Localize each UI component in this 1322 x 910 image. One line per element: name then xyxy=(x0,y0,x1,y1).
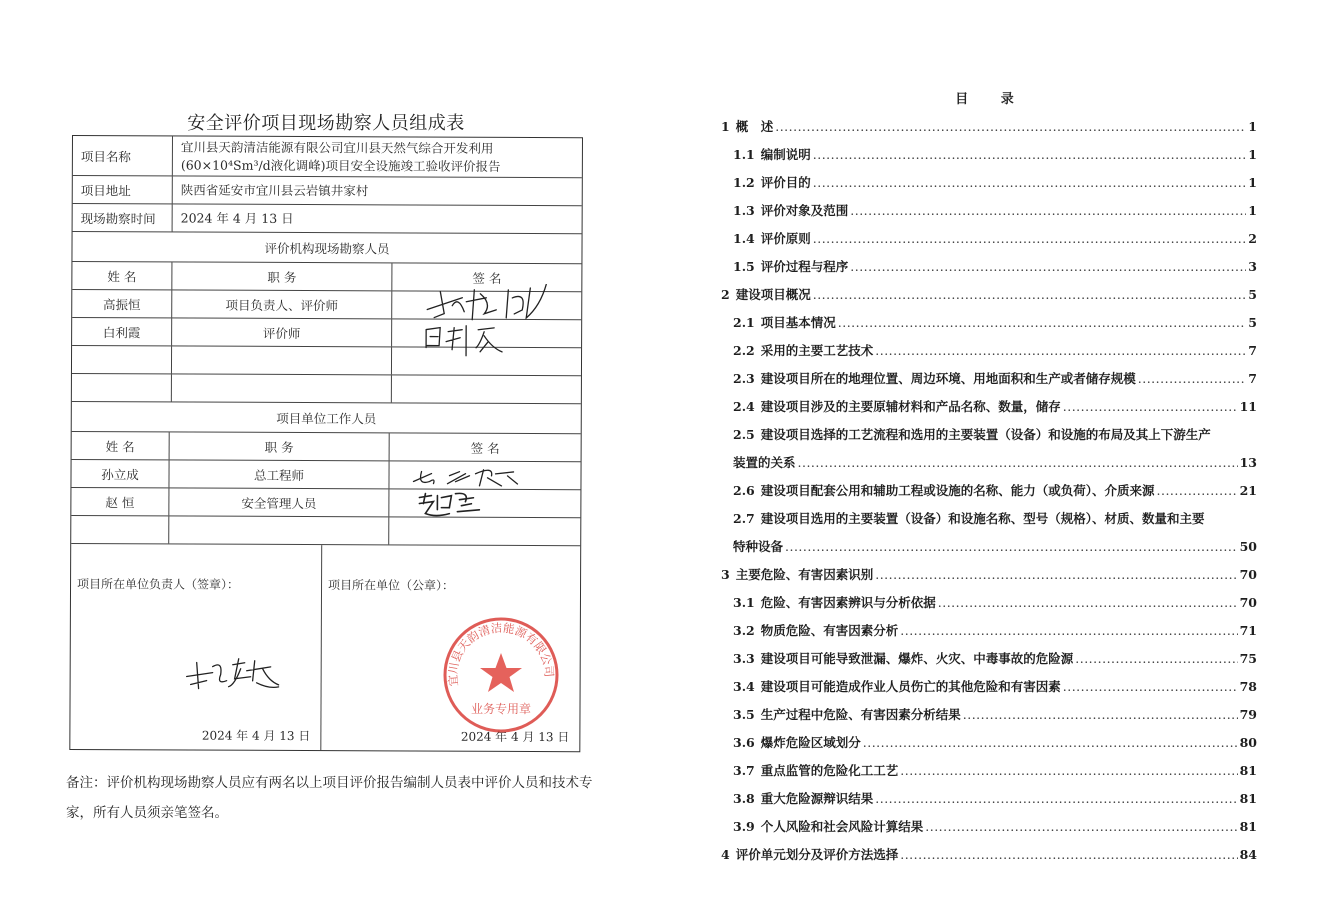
project-name-label: 项目名称 xyxy=(73,136,172,175)
toc-entry-page: 50 xyxy=(1240,533,1257,561)
column-header-name: 姓 名 xyxy=(72,432,169,459)
toc-entry[interactable]: 3.7重点监管的危险化工工艺81 xyxy=(721,757,1257,785)
project-address-value: 陕西省延安市宜川县云岩镇井家村 xyxy=(172,176,582,205)
toc-entry-number: 2.7 xyxy=(733,511,755,526)
person-role: 项目负责人、评价师 xyxy=(171,290,391,318)
person-role: 安全管理人员 xyxy=(168,488,388,516)
table-of-contents: 1概 述11.1编制说明11.2评价目的11.3评价对象及范围11.4评价原则2… xyxy=(721,113,1257,869)
dot-leader xyxy=(1063,673,1238,701)
toc-entry-number: 2.1 xyxy=(733,309,755,337)
survey-date-value: 2024 年 4 月 13 日 xyxy=(172,204,582,233)
toc-entry-number: 3 xyxy=(721,561,730,589)
toc-entry-number: 4 xyxy=(721,841,730,869)
toc-entry-title: 特种设备 xyxy=(733,533,783,561)
dot-leader xyxy=(850,253,1246,281)
table-row xyxy=(71,516,580,546)
handwritten-signature xyxy=(409,463,529,490)
toc-entry-number: 2.3 xyxy=(733,365,755,393)
signature-cell xyxy=(388,461,580,489)
toc-entry-page: 70 xyxy=(1240,589,1257,617)
person-name: 孙立成 xyxy=(71,460,168,487)
toc-entry-page: 13 xyxy=(1240,449,1257,477)
project-address-label: 项目地址 xyxy=(73,176,172,203)
toc-entry-number: 2.4 xyxy=(733,393,755,421)
table-of-contents-page: 目 录 1概 述11.1编制说明11.2评价目的11.3评价对象及范围11.4评… xyxy=(661,0,1322,910)
project-address-row: 项目地址 陕西省延安市宜川县云岩镇井家村 xyxy=(73,176,582,206)
toc-entry-page: 11 xyxy=(1240,393,1257,421)
dot-leader xyxy=(925,813,1237,841)
table-row: 孙立成 总工程师 xyxy=(71,460,580,490)
toc-entry-number: 1.5 xyxy=(733,253,755,281)
toc-entry-number: 3.5 xyxy=(733,701,755,729)
toc-entry-number: 1.2 xyxy=(733,169,755,197)
toc-entry-title: 装置的关系 xyxy=(733,449,796,477)
dot-leader xyxy=(1063,393,1238,421)
toc-entry-page: 1 xyxy=(1248,113,1257,141)
dot-leader xyxy=(850,197,1246,225)
toc-entry[interactable]: 3.6爆炸危险区域划分80 xyxy=(721,729,1257,757)
toc-entry-title: 生产过程中危险、有害因素分析结果 xyxy=(761,701,961,729)
toc-entry-title: 建设项目可能造成作业人员伤亡的其他危险和有害因素 xyxy=(761,673,1061,701)
dot-leader xyxy=(838,309,1247,337)
toc-entry-page: 75 xyxy=(1240,645,1257,673)
toc-entry[interactable]: 3.2物质危险、有害因素分析71 xyxy=(721,617,1257,645)
toc-entry-title: 建设项目可能导致泄漏、爆炸、火灾、中毒事故的危险源 xyxy=(761,645,1074,673)
toc-entry-page: 81 xyxy=(1240,785,1257,813)
column-header-role: 职 务 xyxy=(169,432,389,460)
toc-entry-page: 2 xyxy=(1248,225,1257,253)
column-header-role: 职 务 xyxy=(171,262,391,290)
dot-leader xyxy=(775,113,1246,141)
person-name: 赵 恒 xyxy=(71,488,168,515)
project-name-row: 项目名称 宜川县天韵清洁能源有限公司宜川县天然气综合开发利用(60×10⁴Sm³… xyxy=(73,136,582,178)
remark-note: 备注：评价机构现场勘察人员应有两名以上项目评价报告编制人员表中评价人员和技术专家… xyxy=(66,768,596,828)
toc-entry[interactable]: 3主要危险、有害因素识别70 xyxy=(721,561,1257,589)
toc-entry-title: 主要危险、有害因素识别 xyxy=(736,561,874,589)
person-role: 评价师 xyxy=(171,318,391,346)
evaluation-header-row: 姓 名 职 务 签 名 xyxy=(72,262,581,292)
toc-entry-title: 个人风险和社会风险计算结果 xyxy=(761,813,924,841)
column-header-signature: 签 名 xyxy=(391,263,581,291)
toc-entry[interactable]: 2建设项目概况5 xyxy=(721,281,1257,309)
toc-entry-title: 评价目的 xyxy=(761,169,811,197)
toc-entry-title: 物质危险、有害因素分析 xyxy=(761,617,899,645)
toc-entry[interactable]: 1.4评价原则2 xyxy=(721,225,1257,253)
toc-entry[interactable]: 2.4建设项目涉及的主要原辅材料和产品名称、数量，储存11 xyxy=(721,393,1257,421)
dot-leader xyxy=(938,589,1238,617)
toc-entry-title: 建设项目选用的主要装置（设备）和设施名称、型号（规格）、材质、数量和主要 xyxy=(761,511,1205,526)
toc-entry-continuation[interactable]: 装置的关系13 xyxy=(733,449,1257,477)
column-header-name: 姓 名 xyxy=(72,262,171,289)
toc-entry-title: 建设项目配套公用和辅助工程或设施的名称、能力（或负荷）、介质来源 xyxy=(761,477,1155,505)
signature-cell xyxy=(391,319,581,347)
dot-leader xyxy=(813,225,1247,253)
toc-entry-page: 7 xyxy=(1248,337,1257,365)
person-role: 总工程师 xyxy=(168,460,388,488)
toc-entry-page: 84 xyxy=(1240,841,1257,869)
form-title: 安全评价项目现场勘察人员组成表 xyxy=(70,109,582,135)
toc-entry-number: 1.3 xyxy=(733,197,755,225)
survey-date-label: 现场勘察时间 xyxy=(73,204,172,231)
dot-leader xyxy=(875,337,1246,365)
toc-entry[interactable]: 2.7建设项目选用的主要装置（设备）和设施名称、型号（规格）、材质、数量和主要特… xyxy=(721,505,1257,561)
person-name: 白利霞 xyxy=(72,318,171,345)
toc-entry-number: 2.5 xyxy=(733,427,755,442)
project-unit-section-heading: 项目单位工作人员 xyxy=(72,402,581,433)
toc-entry-title: 评价原则 xyxy=(761,225,811,253)
toc-entry-title: 评价对象及范围 xyxy=(761,197,849,225)
toc-entry-page: 5 xyxy=(1248,281,1257,309)
toc-entry-number: 3.9 xyxy=(733,813,755,841)
evaluation-section-heading: 评价机构现场勘察人员 xyxy=(72,232,581,263)
toc-entry-title: 采用的主要工艺技术 xyxy=(761,337,874,365)
table-row: 白利霞 评价师 xyxy=(72,318,581,348)
signature-cell xyxy=(388,489,580,517)
toc-entry-title: 概 述 xyxy=(736,113,774,141)
toc-entry[interactable]: 3.5生产过程中危险、有害因素分析结果79 xyxy=(721,701,1257,729)
table-row xyxy=(72,346,581,376)
toc-entry-number: 2 xyxy=(721,281,730,309)
toc-entry-number: 3.8 xyxy=(733,785,755,813)
toc-entry[interactable]: 1.5评价过程与程序3 xyxy=(721,253,1257,281)
toc-entry[interactable]: 1.3评价对象及范围1 xyxy=(721,197,1257,225)
toc-entry-number: 3.2 xyxy=(733,617,755,645)
toc-entry-title: 建设项目所在的地理位置、周边环境、用地面积和生产或者储存规模 xyxy=(761,365,1136,393)
toc-entry-title: 建设项目概况 xyxy=(736,281,811,309)
toc-entry[interactable]: 3.4建设项目可能造成作业人员伤亡的其他危险和有害因素78 xyxy=(721,673,1257,701)
responsible-person-label: 项目所在单位负责人（签章）： xyxy=(77,575,239,593)
toc-entry-title: 建设项目涉及的主要原辅材料和产品名称、数量，储存 xyxy=(761,393,1061,421)
dot-leader xyxy=(875,561,1237,589)
toc-entry[interactable]: 2.3建设项目所在的地理位置、周边环境、用地面积和生产或者储存规模7 xyxy=(721,365,1257,393)
toc-entry-number: 3.7 xyxy=(733,757,755,785)
toc-entry[interactable]: 3.3建设项目可能导致泄漏、爆炸、火灾、中毒事故的危险源75 xyxy=(721,645,1257,673)
table-row: 高振恒 项目负责人、评价师 xyxy=(72,290,581,320)
survey-date-row: 现场勘察时间 2024 年 4 月 13 日 xyxy=(73,204,582,234)
toc-entry[interactable]: 1.2评价目的1 xyxy=(721,169,1257,197)
toc-entry-number: 1.1 xyxy=(733,141,755,169)
dot-leader xyxy=(813,281,1247,309)
toc-entry-page: 21 xyxy=(1240,477,1257,505)
toc-entry[interactable]: 3.8重大危险源辩识结果81 xyxy=(721,785,1257,813)
dot-leader xyxy=(900,841,1237,869)
toc-entry-title: 重点监管的危险化工工艺 xyxy=(761,757,899,785)
toc-entry-title: 评价单元划分及评价方法选择 xyxy=(736,841,899,869)
dot-leader xyxy=(1075,645,1237,673)
toc-entry-number: 3.3 xyxy=(733,645,755,673)
toc-entry[interactable]: 4评价单元划分及评价方法选择84 xyxy=(721,841,1257,869)
toc-entry[interactable]: 3.1危险、有害因素辨识与分析依据70 xyxy=(721,589,1257,617)
dot-leader xyxy=(900,757,1237,785)
toc-entry-title: 评价过程与程序 xyxy=(761,253,849,281)
dot-leader xyxy=(900,617,1237,645)
toc-entry-page: 5 xyxy=(1248,309,1257,337)
toc-entry-page: 81 xyxy=(1240,757,1257,785)
toc-entry[interactable]: 2.5建设项目选择的工艺流程和选用的主要装置（设备）和设施的布局及其上下游生产装… xyxy=(721,421,1257,477)
toc-entry-title: 编制说明 xyxy=(761,141,811,169)
toc-entry-title: 建设项目选择的工艺流程和选用的主要装置（设备）和设施的布局及其上下游生产 xyxy=(761,427,1211,442)
unit-seal-label: 项目所在单位（公章）： xyxy=(328,576,454,594)
column-header-signature: 签 名 xyxy=(389,433,581,461)
toc-entry-page: 1 xyxy=(1248,169,1257,197)
responsible-person-cell: 项目所在单位负责人（签章）： 2024 年 4 月 13 日 xyxy=(70,544,321,750)
toc-entry[interactable]: 2.1项目基本情况5 xyxy=(721,309,1257,337)
toc-entry[interactable]: 1.1编制说明1 xyxy=(721,141,1257,169)
toc-entry-title: 爆炸危险区域划分 xyxy=(761,729,861,757)
toc-entry-number: 1 xyxy=(721,113,730,141)
project-name-value: 宜川县天韵清洁能源有限公司宜川县天然气综合开发利用(60×10⁴Sm³/d液化调… xyxy=(172,136,582,177)
toc-entry-number: 2.2 xyxy=(733,337,755,365)
toc-entry[interactable]: 1概 述1 xyxy=(721,113,1257,141)
table-row: 赵 恒 安全管理人员 xyxy=(71,488,580,518)
project-unit-header-row: 姓 名 职 务 签 名 xyxy=(72,432,581,462)
toc-entry-number: 3.1 xyxy=(733,589,755,617)
dot-leader xyxy=(785,533,1238,561)
handwritten-signature xyxy=(183,654,283,694)
toc-title: 目 录 xyxy=(661,88,1322,107)
company-seal-stamp: 宜川县天韵清洁能源有限公司 业务专用章 xyxy=(441,615,561,735)
toc-entry-page: 71 xyxy=(1240,617,1257,645)
responsible-person-date: 2024 年 4 月 13 日 xyxy=(202,727,311,744)
toc-entry-number: 1.4 xyxy=(733,225,755,253)
toc-entry-page: 1 xyxy=(1248,197,1257,225)
dot-leader xyxy=(1138,365,1247,393)
signature-cell xyxy=(391,291,581,319)
table-row xyxy=(72,374,581,404)
toc-entry-page: 1 xyxy=(1248,141,1257,169)
toc-entry-page: 70 xyxy=(1240,561,1257,589)
toc-entry-title: 危险、有害因素辨识与分析依据 xyxy=(761,589,936,617)
toc-entry[interactable]: 2.6建设项目配套公用和辅助工程或设施的名称、能力（或负荷）、介质来源21 xyxy=(721,477,1257,505)
dot-leader xyxy=(863,729,1238,757)
person-name: 高振恒 xyxy=(72,290,171,317)
dot-leader xyxy=(875,785,1237,813)
toc-entry-number: 3.4 xyxy=(733,673,755,701)
toc-entry-page: 81 xyxy=(1240,813,1257,841)
toc-entry-page: 79 xyxy=(1240,701,1257,729)
dot-leader xyxy=(813,141,1247,169)
handwritten-signature xyxy=(415,490,485,520)
toc-entry-page: 3 xyxy=(1248,253,1257,281)
toc-entry-page: 7 xyxy=(1248,365,1257,393)
toc-entry-number: 2.6 xyxy=(733,477,755,505)
toc-entry-continuation[interactable]: 特种设备50 xyxy=(733,533,1257,561)
toc-entry[interactable]: 2.2采用的主要工艺技术7 xyxy=(721,337,1257,365)
toc-entry-title: 项目基本情况 xyxy=(761,309,836,337)
dot-leader xyxy=(813,169,1247,197)
toc-entry-title: 重大危险源辩识结果 xyxy=(761,785,874,813)
dot-leader xyxy=(963,701,1238,729)
toc-entry-page: 78 xyxy=(1240,673,1257,701)
toc-entry-number: 3.6 xyxy=(733,729,755,757)
toc-entry-page: 80 xyxy=(1240,729,1257,757)
dot-leader xyxy=(798,449,1238,477)
survey-personnel-page: 安全评价项目现场勘察人员组成表 项目名称 宜川县天韵清洁能源有限公司宜川县天然气… xyxy=(0,0,661,910)
dot-leader xyxy=(1157,477,1238,505)
svg-text:业务专用章: 业务专用章 xyxy=(471,701,531,716)
toc-entry[interactable]: 3.9个人风险和社会风险计算结果81 xyxy=(721,813,1257,841)
